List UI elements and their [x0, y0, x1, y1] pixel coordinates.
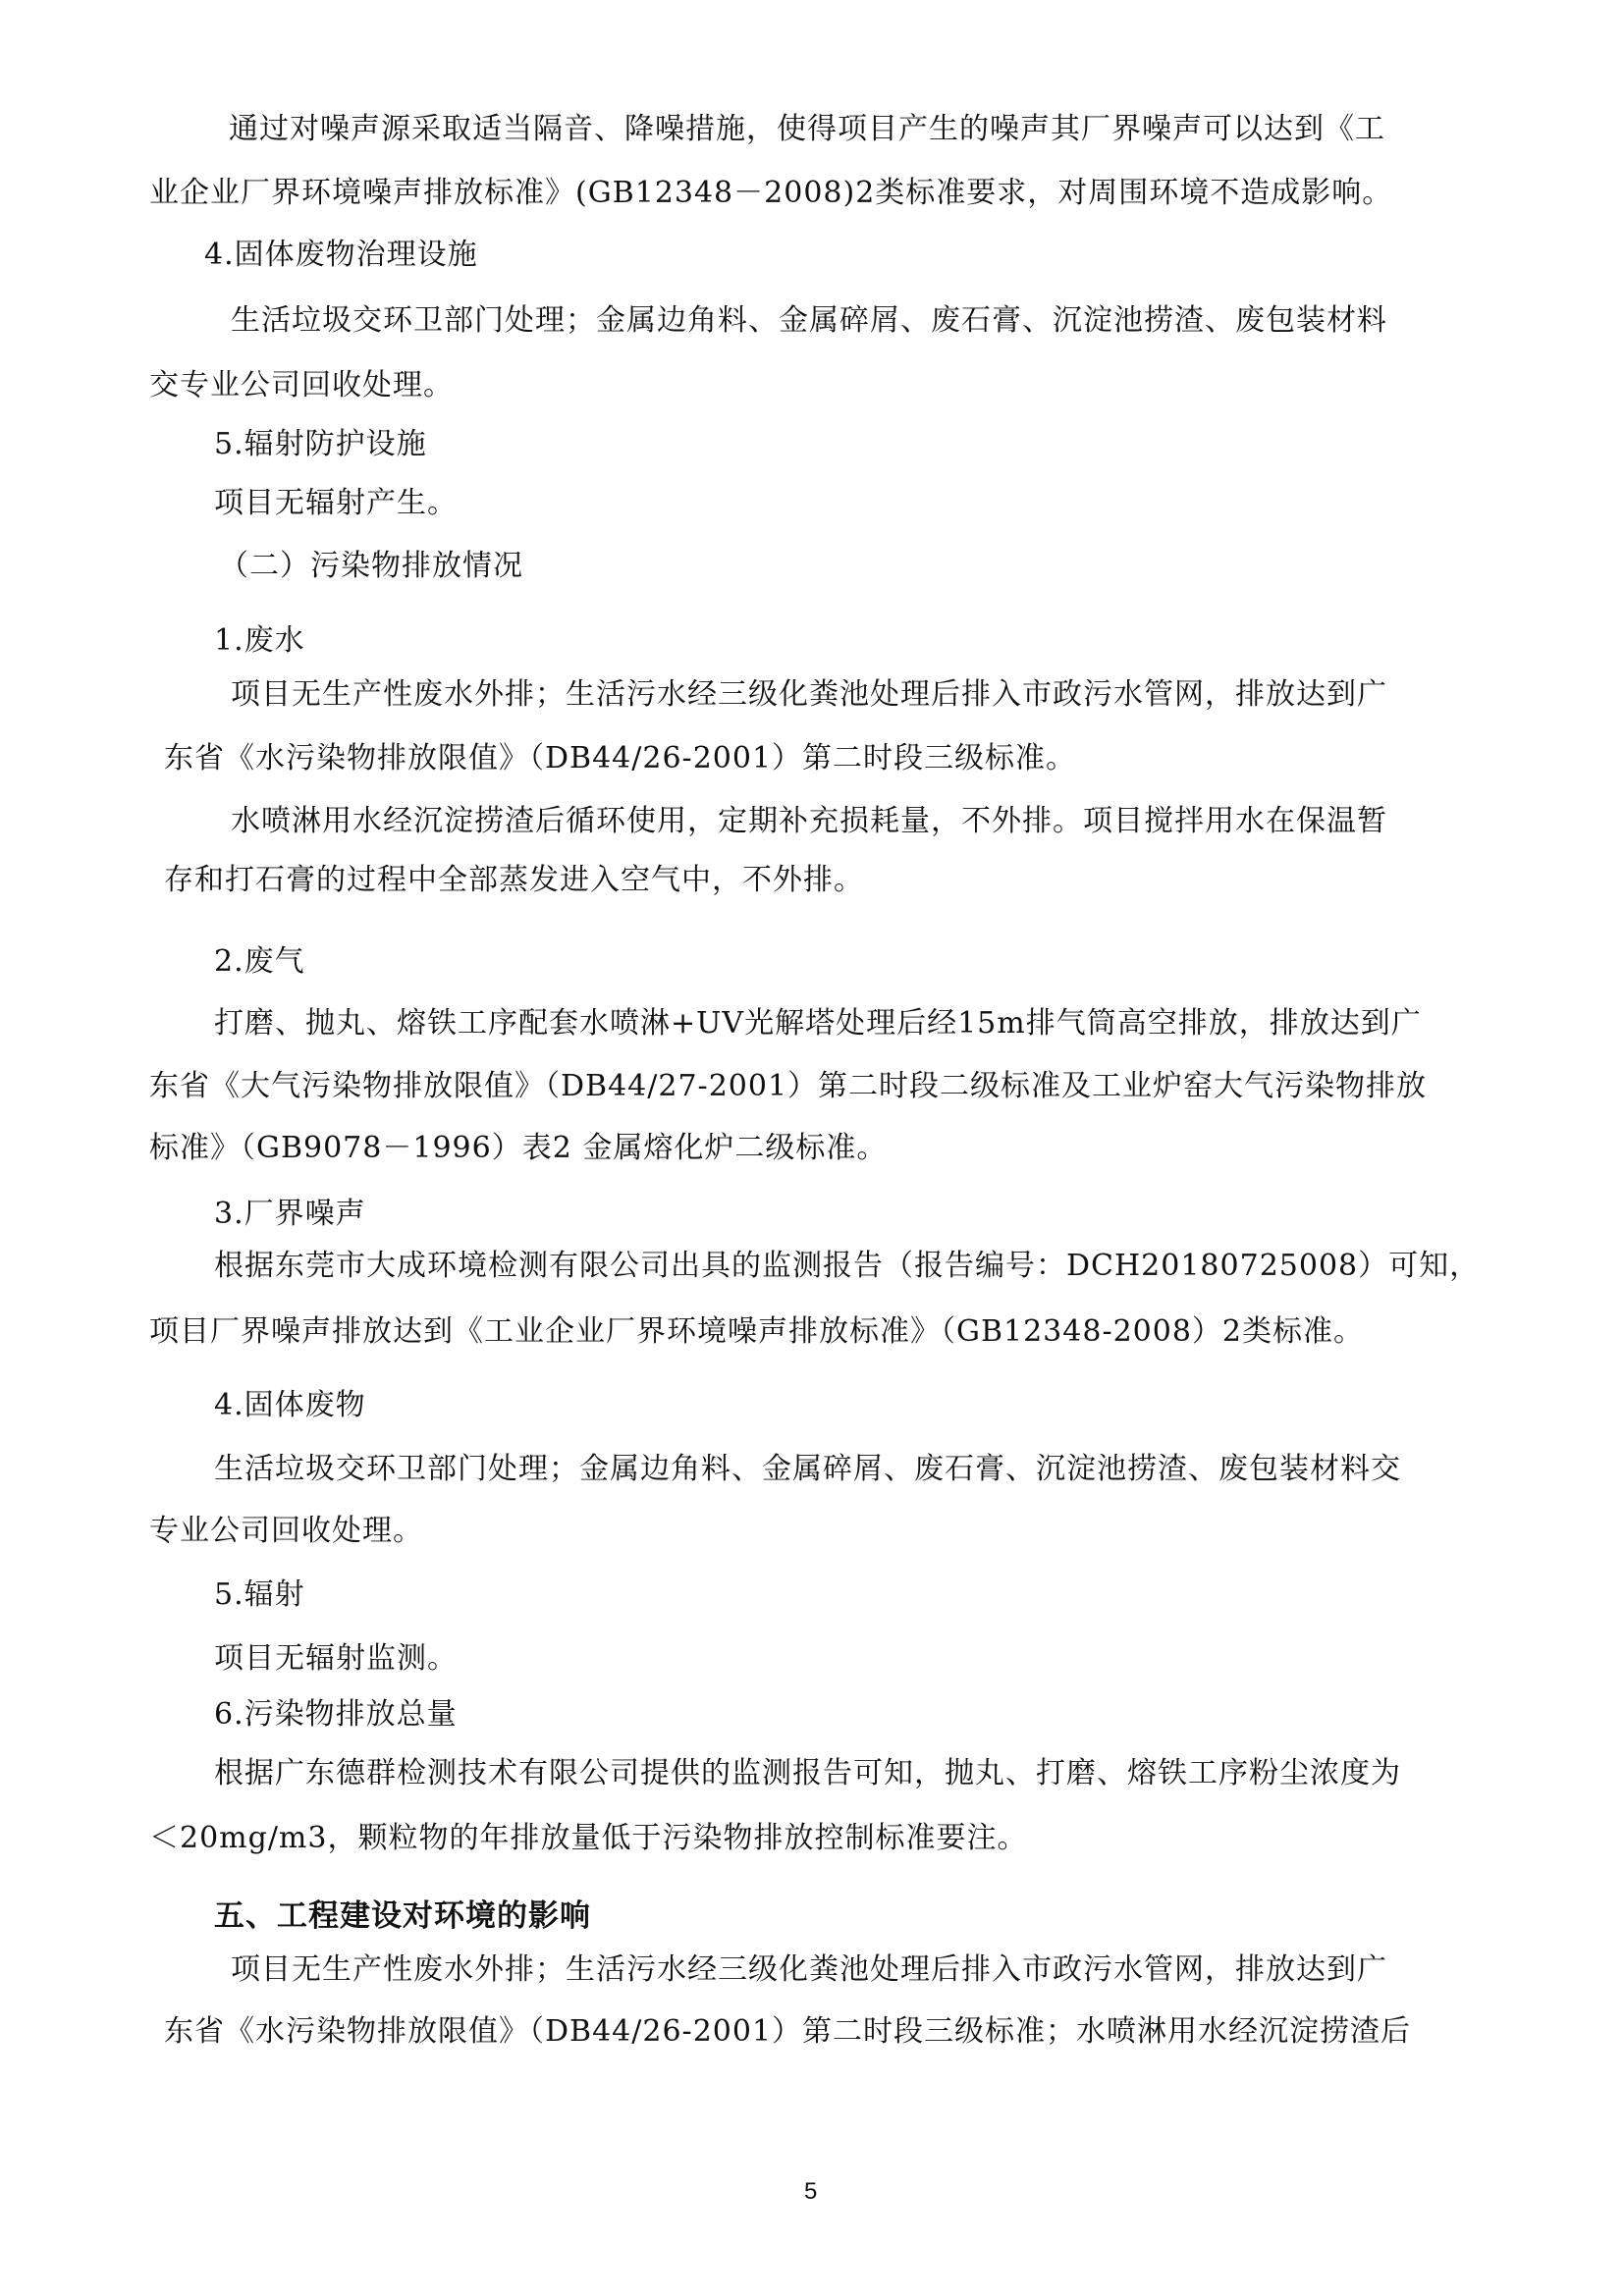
heading-solid-waste-facilities: 4.固体废物治理设施	[204, 236, 478, 275]
heading-radiation: 5.辐射	[214, 1575, 305, 1615]
paragraph-noise-mitigation-line-2: 业企业厂界环境噪声排放标准》(GB12348－2008)2类标准要求，对周围环境…	[149, 174, 1392, 213]
paragraph-waste-gas-line-2: 东省《大气污染物排放限值》（DB44/27-2001）第二时段二级标准及工业炉窑…	[149, 1067, 1427, 1106]
paragraph-noise-mitigation-line-1: 通过对噪声源采取适当隔音、降噪措施，使得项目产生的噪声其厂界噪声可以达到《工	[229, 110, 1385, 149]
page-number: 5	[804, 2177, 817, 2207]
paragraph-waste-gas-line-3: 标准》（GB9078－1996）表2 金属熔化炉二级标准。	[149, 1129, 887, 1168]
paragraph-total-emissions-line-2: ＜20mg/m3，颗粒物的年排放量低于污染物排放控制标准要注。	[149, 1819, 1027, 1858]
heading-waste-gas: 2.废气	[214, 942, 305, 982]
paragraph-solid-waste-2-line-1: 生活垃圾交环卫部门处理；金属边角料、金属碎屑、废石膏、沉淀池捞渣、废包装材料交	[214, 1450, 1401, 1489]
paragraph-spray-water-line-1: 水喷淋用水经沉淀捞渣后循环使用，定期补充损耗量，不外排。项目搅拌用水在保温暂	[231, 802, 1387, 841]
document-page: 通过对噪声源采取适当隔音、降噪措施，使得项目产生的噪声其厂界噪声可以达到《工 业…	[0, 0, 1624, 2296]
heading-wastewater: 1.废水	[214, 621, 305, 661]
heading-solid-waste: 4.固体废物	[214, 1386, 366, 1425]
paragraph-wastewater-line-2: 东省《水污染物排放限值》（DB44/26-2001）第二时段三级标准。	[164, 739, 1076, 778]
paragraph-no-radiation: 项目无辐射产生。	[214, 484, 458, 523]
paragraph-spray-water-line-2: 存和打石膏的过程中全部蒸发进入空气中，不外排。	[164, 861, 864, 900]
paragraph-total-emissions-line-1: 根据广东德群检测技术有限公司提供的监测报告可知，抛丸、打磨、熔铁工序粉尘浓度为	[214, 1754, 1401, 1793]
paragraph-boundary-noise-line-1: 根据东莞市大成环境检测有限公司出具的监测报告（报告编号：DCH201807250…	[214, 1247, 1480, 1286]
paragraph-wastewater-line-1: 项目无生产性废水外排；生活污水经三级化粪池处理后排入市政污水管网，排放达到广	[231, 675, 1387, 715]
paragraph-impact-line-1: 项目无生产性废水外排；生活污水经三级化粪池处理后排入市政污水管网，排放达到广	[231, 1950, 1387, 1990]
paragraph-impact-line-2: 东省《水污染物排放限值》（DB44/26-2001）第二时段三级标准；水喷淋用水…	[164, 2012, 1411, 2052]
paragraph-solid-waste-2-line-2: 专业公司回收处理。	[149, 1512, 423, 1551]
heading-total-emissions: 6.污染物排放总量	[214, 1695, 458, 1735]
heading-pollutant-discharge: （二）污染物排放情况	[219, 547, 523, 586]
section-heading-environmental-impact: 五、工程建设对环境的影响	[214, 1896, 591, 1936]
heading-boundary-noise: 3.厂界噪声	[214, 1195, 366, 1234]
paragraph-waste-gas-line-1: 打磨、抛丸、熔铁工序配套水喷淋+UV光解塔处理后经15m排气筒高空排放，排放达到…	[214, 1004, 1422, 1043]
paragraph-solid-waste-line-2: 交专业公司回收处理。	[149, 366, 454, 405]
paragraph-solid-waste-line-1: 生活垃圾交环卫部门处理；金属边角料、金属碎屑、废石膏、沉淀池捞渣、废包装材料	[231, 301, 1387, 341]
paragraph-boundary-noise-line-2: 项目厂界噪声排放达到《工业企业厂界环境噪声排放标准》（GB12348-2008）…	[149, 1312, 1364, 1352]
heading-radiation-protection: 5.辐射防护设施	[214, 425, 427, 464]
paragraph-no-radiation-monitoring: 项目无辐射监测。	[214, 1639, 458, 1679]
